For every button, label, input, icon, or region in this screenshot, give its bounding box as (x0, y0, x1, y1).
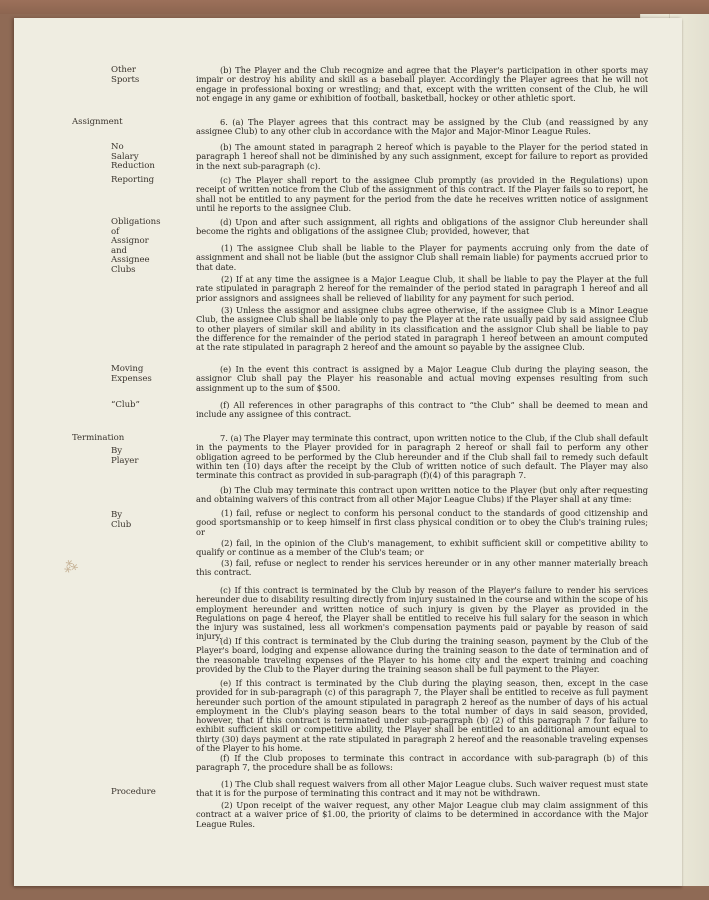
margin-label-termination: Termination (72, 434, 124, 444)
para-termination-c: (c) If this contract is terminated by th… (196, 586, 648, 642)
margin-label-club: “Club” (111, 401, 140, 411)
para-termination-f: (f) If the Club proposes to terminate th… (196, 754, 648, 773)
para-moving-expenses: (e) In the event this contract is assign… (196, 365, 648, 393)
contract-page: Other Sports (b) The Player and the Club… (14, 18, 682, 886)
contract-content: Other Sports (b) The Player and the Club… (14, 18, 682, 886)
backdrop (0, 0, 709, 14)
para-termination-b-item-3: (3) fail, refuse or neglect to render hi… (196, 559, 648, 578)
para-termination-d: (d) If this contract is terminated by th… (196, 637, 648, 674)
para-termination-b-item-1: (1) fail, refuse or neglect to conform h… (196, 509, 648, 537)
para-no-salary-reduction: (b) The amount stated in paragraph 2 her… (196, 143, 648, 171)
para-reporting: (c) The Player shall report to the assig… (196, 176, 648, 213)
para-termination-b: (b) The Club may terminate this contract… (196, 486, 648, 505)
margin-label-moving-expenses: Moving Expenses (111, 365, 152, 384)
margin-label-no-salary-reduction: No Salary Reduction (111, 143, 155, 172)
margin-label-by-player: By Player (111, 447, 138, 466)
para-procedure-item-2: (2) Upon receipt of the waiver request, … (196, 801, 648, 829)
para-club-definition: (f) All references in other paragraphs o… (196, 401, 648, 420)
para-assignment-a: 6. (a) The Player agrees that this contr… (196, 118, 648, 137)
para-obligations: (d) Upon and after such assignment, all … (196, 218, 648, 237)
para-obligations-item-2: (2) If at any time the assignee is a Maj… (196, 275, 648, 303)
para-procedure-item-1: (1) The Club shall request waivers from … (196, 780, 648, 799)
margin-label-other-sports: Other Sports (111, 66, 139, 85)
para-termination-a: 7. (a) The Player may terminate this con… (196, 434, 648, 480)
margin-label-reporting: Reporting (111, 176, 154, 186)
margin-label-obligations: Obligations of Assignor and Assignee Clu… (111, 218, 160, 276)
margin-label-procedure: Procedure (111, 788, 156, 798)
paper-mark: ⁂ (63, 560, 87, 587)
para-other-sports: (b) The Player and the Club recognize an… (196, 66, 648, 103)
para-obligations-item-1: (1) The assignee Club shall be liable to… (196, 244, 648, 272)
para-termination-b-item-2: (2) fail, in the opinion of the Club's m… (196, 539, 648, 558)
para-termination-e: (e) If this contract is terminated by th… (196, 679, 648, 753)
margin-label-by-club: By Club (111, 511, 131, 530)
margin-label-assignment: Assignment (72, 118, 123, 128)
para-obligations-item-3: (3) Unless the assignor and assignee clu… (196, 306, 648, 352)
